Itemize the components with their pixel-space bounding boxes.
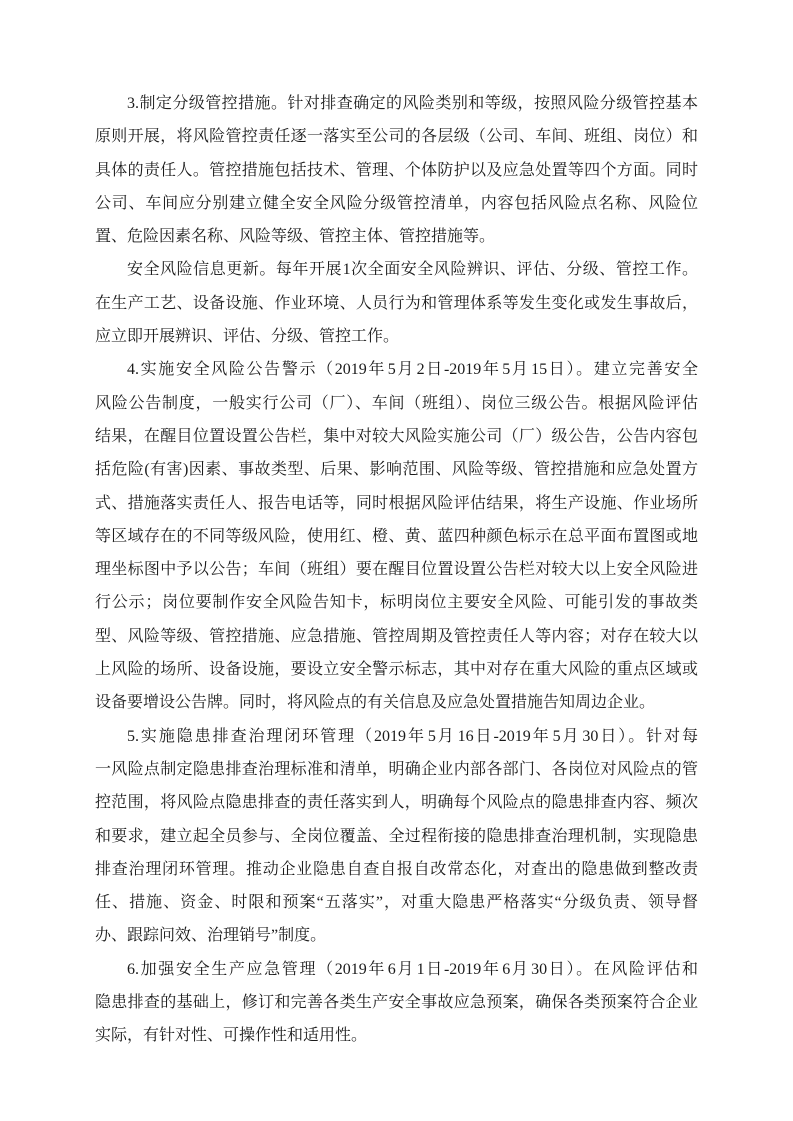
text-line: 具体的责任人。管控措施包括技术、管理、个体防护以及应急处置等四个方面。同时 bbox=[95, 154, 698, 187]
text-line: 4.实施安全风险公告警示（2019 年 5 月 2 日-2019 年 5 月 1… bbox=[95, 353, 698, 386]
text-line: 隐患排查的基础上，修订和完善各类生产安全事故应急预案，确保各类预案符合企业 bbox=[95, 986, 698, 1019]
text-line: 原则开展，将风险管控责任逐一落实至公司的各层级（公司、车间、班组、岗位）和 bbox=[95, 120, 698, 153]
text-line: 置、危险因素名称、风险等级、管控主体、管控措施等。 bbox=[95, 220, 698, 253]
text-line: 办、跟踪问效、治理销号”制度。 bbox=[95, 919, 698, 952]
text-line: 结果，在醒目位置设置公告栏，集中对较大风险实施公司（厂）级公告，公告内容包 bbox=[95, 420, 698, 453]
document-page: 3.制定分级管控措施。针对排查确定的风险类别和等级，按照风险分级管控基本原则开展… bbox=[0, 0, 793, 1121]
text-line: 等区域存在的不同等级风险，使用红、橙、黄、蓝四种颜色标示在总平面布置图或地 bbox=[95, 520, 698, 553]
text-line: 应立即开展辨识、评估、分级、管控工作。 bbox=[95, 320, 698, 353]
paragraph: 安全风险信息更新。每年开展 1 次全面安全风险辨识、评估、分级、管控工作。在生产… bbox=[95, 253, 698, 353]
text-line: 风险公告制度，一般实行公司（厂）、车间（班组）、岗位三级公告。根据风险评估 bbox=[95, 387, 698, 420]
text-line: 括危险(有害)因素、事故类型、后果、影响范围、风险等级、管控措施和应急处置方 bbox=[95, 453, 698, 486]
paragraph: 3.制定分级管控措施。针对排查确定的风险类别和等级，按照风险分级管控基本原则开展… bbox=[95, 87, 698, 253]
text-line: 排查治理闭环管理。推动企业隐患自查自报自改常态化，对查出的隐患做到整改责 bbox=[95, 853, 698, 886]
text-line: 设备要增设公告牌。同时，将风险点的有关信息及应急处置措施告知周边企业。 bbox=[95, 686, 698, 719]
text-line: 型、风险等级、管控措施、应急措施、管控周期及管控责任人等内容；对存在较大以 bbox=[95, 620, 698, 653]
text-line: 上风险的场所、设备设施，要设立安全警示标志，其中对存在重大风险的重点区域或 bbox=[95, 653, 698, 686]
text-line: 一风险点制定隐患排查治理标准和清单，明确企业内部各部门、各岗位对风险点的管 bbox=[95, 753, 698, 786]
text-line: 5.实施隐患排查治理闭环管理（2019 年 5 月 16 日-2019 年 5 … bbox=[95, 720, 698, 753]
text-line: 公司、车间应分别建立健全安全风险分级管控清单，内容包括风险点名称、风险位 bbox=[95, 187, 698, 220]
text-line: 实际，有针对性、可操作性和适用性。 bbox=[95, 1019, 698, 1052]
text-line: 6.加强安全生产应急管理（2019 年 6 月 1 日-2019 年 6 月 3… bbox=[95, 953, 698, 986]
text-line: 在生产工艺、设备设施、作业环境、人员行为和管理体系等发生变化或发生事故后， bbox=[95, 287, 698, 320]
paragraph: 4.实施安全风险公告警示（2019 年 5 月 2 日-2019 年 5 月 1… bbox=[95, 353, 698, 719]
paragraph: 5.实施隐患排查治理闭环管理（2019 年 5 月 16 日-2019 年 5 … bbox=[95, 720, 698, 953]
text-line: 式、措施落实责任人、报告电话等，同时根据风险评估结果，将生产设施、作业场所 bbox=[95, 487, 698, 520]
text-line: 3.制定分级管控措施。针对排查确定的风险类别和等级，按照风险分级管控基本 bbox=[95, 87, 698, 120]
text-line: 安全风险信息更新。每年开展 1 次全面安全风险辨识、评估、分级、管控工作。 bbox=[95, 253, 698, 286]
text-line: 任、措施、资金、时限和预案“五落实”，对重大隐患严格落实“分级负责、领导督 bbox=[95, 886, 698, 919]
document-body: 3.制定分级管控措施。针对排查确定的风险类别和等级，按照风险分级管控基本原则开展… bbox=[95, 87, 698, 1053]
paragraph: 6.加强安全生产应急管理（2019 年 6 月 1 日-2019 年 6 月 3… bbox=[95, 953, 698, 1053]
text-line: 理坐标图中予以公告；车间（班组）要在醒目位置设置公告栏对较大以上安全风险进 bbox=[95, 553, 698, 586]
text-line: 行公示；岗位要制作安全风险告知卡，标明岗位主要安全风险、可能引发的事故类 bbox=[95, 586, 698, 619]
text-line: 和要求，建立起全员参与、全岗位覆盖、全过程衔接的隐患排查治理机制，实现隐患 bbox=[95, 820, 698, 853]
text-line: 控范围，将风险点隐患排查的责任落实到人，明确每个风险点的隐患排查内容、频次 bbox=[95, 786, 698, 819]
